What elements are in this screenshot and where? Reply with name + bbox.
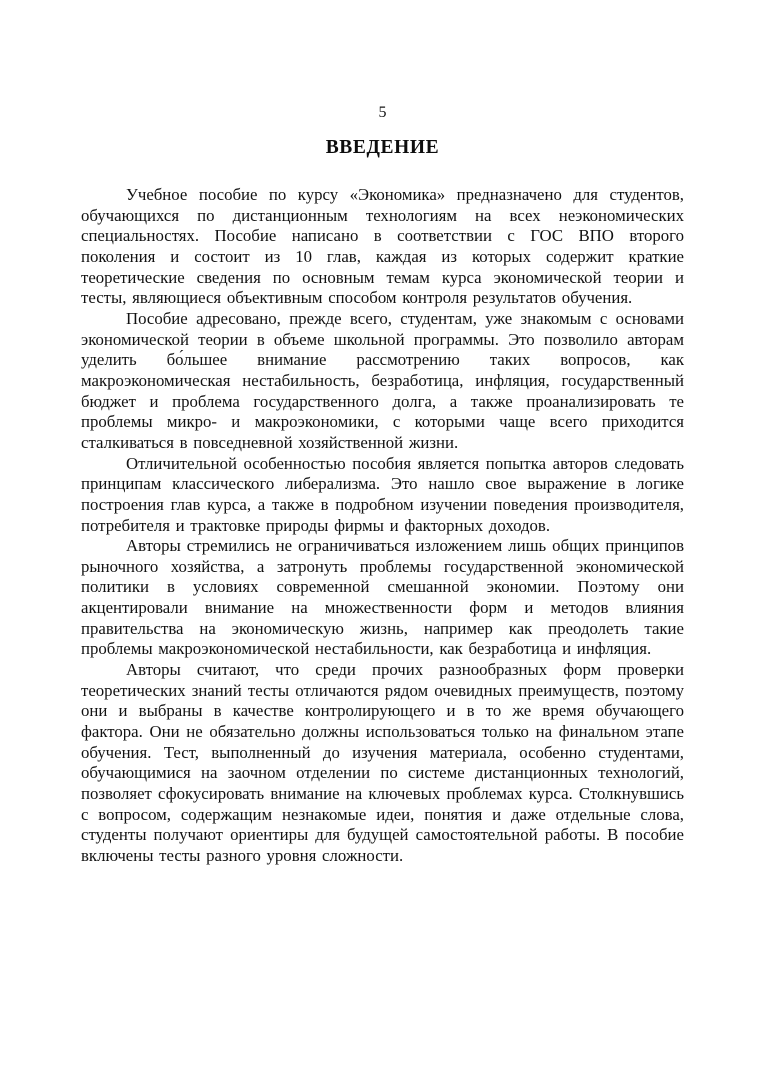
chapter-heading: ВВЕДЕНИЕ bbox=[81, 137, 684, 159]
scanned-book-page: 5 ВВЕДЕНИЕ Учебное пособие по курсу «Эко… bbox=[0, 0, 760, 1080]
paragraph: Учебное пособие по курсу «Экономика» пре… bbox=[81, 185, 684, 309]
paragraph: Авторы считают, что среди прочих разнооб… bbox=[81, 660, 684, 867]
body-text: Учебное пособие по курсу «Экономика» пре… bbox=[81, 185, 684, 867]
paragraph: Отличительной особенностью пособия являе… bbox=[81, 454, 684, 537]
paragraph: Авторы стремились не ограничиваться изло… bbox=[81, 536, 684, 660]
page-number: 5 bbox=[81, 104, 684, 122]
paragraph: Пособие адресовано, прежде всего, студен… bbox=[81, 309, 684, 454]
